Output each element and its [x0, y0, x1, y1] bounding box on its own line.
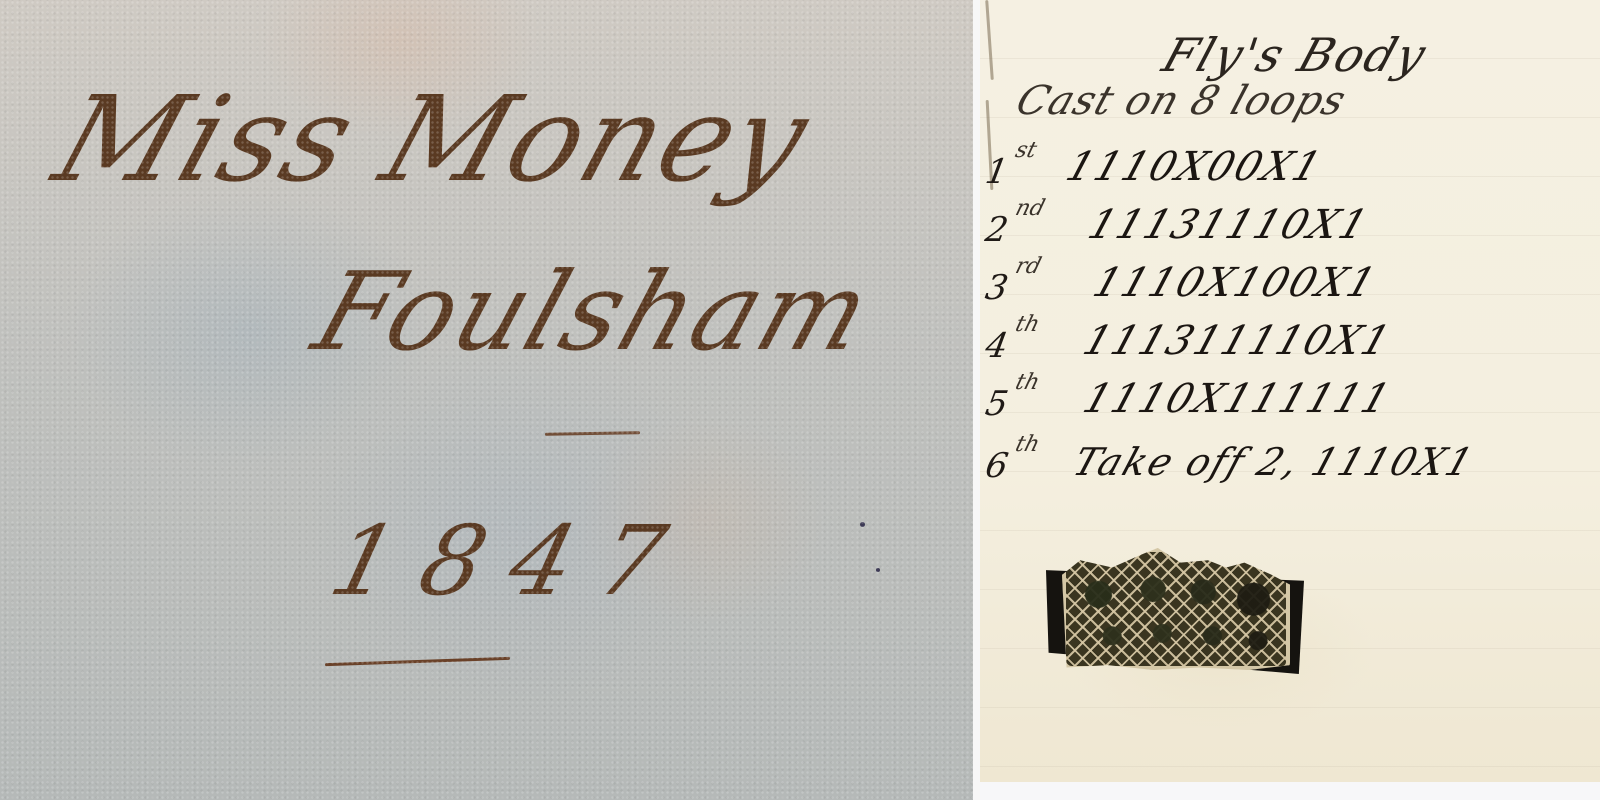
inscription-name: Miss Money: [40, 70, 826, 208]
row-ordinal: nd: [1013, 196, 1048, 221]
lace-sample: [1044, 548, 1306, 678]
pattern-row: 2 nd 11131110X1: [980, 196, 1380, 252]
row-ordinal: rd: [1013, 254, 1044, 279]
row-number: 2: [982, 210, 1011, 250]
ink-spot: [860, 522, 865, 527]
inscription-place: Foulsham: [300, 250, 887, 375]
ink-spot: [876, 568, 880, 572]
flourish-underline-year: [325, 657, 510, 666]
row-stitch-code: 1110X100X1: [1088, 260, 1383, 306]
pattern-row: 6 th Take off 2, 1110X1: [980, 432, 1500, 488]
row-number: 3: [982, 268, 1011, 308]
page-bottom-margin: [980, 782, 1600, 800]
row-number: 5: [982, 384, 1011, 424]
row-stitch-code: 11131110X1: [1083, 202, 1375, 248]
cover-page: Miss Money Foulsham 1847: [0, 0, 973, 800]
row-stitch-code: 111311110X1: [1078, 318, 1398, 364]
row-ordinal: st: [1013, 138, 1040, 163]
row-stitch-code: 1110X111111: [1078, 376, 1398, 422]
row-stitch-code: Take off 2, 1110X1: [1068, 440, 1480, 484]
pattern-row: 4 th 111311110X1: [980, 312, 1380, 368]
cast-on-instruction: Cast on 8 loops: [1011, 78, 1353, 124]
page-divider: [973, 0, 980, 800]
row-number: 4: [982, 326, 1011, 366]
pattern-title: Fly's Body: [1156, 28, 1434, 82]
inscription-year: 1847: [320, 505, 704, 617]
lace-net: [1062, 548, 1290, 670]
pattern-row: 1 st 1110X00X1: [980, 138, 1380, 194]
row-ordinal: th: [1013, 312, 1043, 337]
row-number: 6: [982, 446, 1011, 486]
pattern-row: 5 th 1110X111111: [980, 370, 1380, 426]
pencil-mark: [985, 0, 994, 80]
pattern-row: 3 rd 1110X100X1: [980, 254, 1380, 310]
row-ordinal: th: [1013, 370, 1043, 395]
row-number: 1: [982, 152, 1011, 192]
row-stitch-code: 1110X00X1: [1061, 144, 1329, 190]
flourish-underline: [545, 431, 640, 436]
row-ordinal: th: [1013, 432, 1043, 457]
